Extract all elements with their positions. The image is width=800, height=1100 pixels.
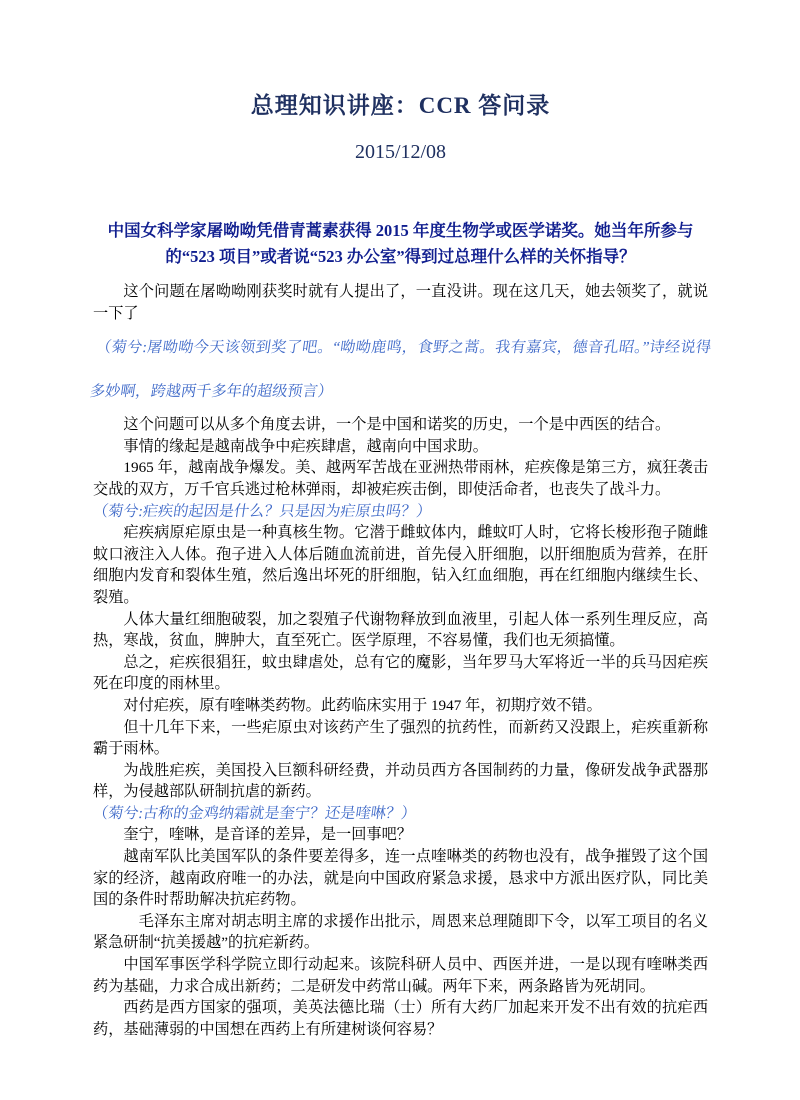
question-heading: 中国女科学家屠呦呦凭借青蒿素获得 2015 年度生物学或医学诺奖。她当年所参与的… (93, 218, 708, 270)
body-paragraph: 西药是西方国家的强项，美英法德比瑞（士）所有大药厂加起来开发不出有效的抗疟西药，… (93, 997, 708, 1040)
document-page: 总理知识讲座：CCR 答问录 2015/12/08 中国女科学家屠呦呦凭借青蒿素… (0, 0, 800, 1100)
body-paragraph: 总之，疟疾很猖狂，蚊虫肆虐处，总有它的魔影，当年罗马大军将近一半的兵马因疟疾死在… (93, 652, 708, 695)
body-paragraph: 这个问题可以从多个角度去讲，一个是中国和诺奖的历史，一个是中西医的结合。 (93, 414, 708, 436)
body-paragraph: 为战胜疟疾，美国投入巨额科研经费，并动员西方各国制药的力量，像研发战争武器那样，… (93, 760, 708, 803)
body-paragraph: 这个问题在屠呦呦刚获奖时就有人提出了，一直没讲。现在这几天，她去领奖了，就说一下… (93, 281, 708, 324)
reader-comment: （菊兮:屠呦呦今天该领到奖了吧。“呦呦鹿鸣，食野之蒿。我有嘉宾，德音孔昭。”诗经… (87, 326, 714, 414)
document-body: 这个问题在屠呦呦刚获奖时就有人提出了，一直没讲。现在这几天，她去领奖了，就说一下… (93, 281, 708, 1040)
document-date: 2015/12/08 (93, 142, 708, 162)
body-paragraph: 越南军队比美国军队的条件要差得多，连一点喹啉类的药物也没有，战争摧毁了这个国家的… (93, 846, 708, 911)
body-paragraph: 奎宁，喹啉，是音译的差异，是一回事吧？ (93, 824, 708, 846)
body-paragraph: 但十几年下来，一些疟原虫对该药产生了强烈的抗药性，而新药又没跟上，疟疾重新称霸于… (93, 717, 708, 760)
reader-comment: （菊兮:古称的金鸡纳霜就是奎宁？还是喹啉？） (91, 803, 709, 825)
body-paragraph: 疟疾病原疟原虫是一种真核生物。它潜于雌蚊体内，雌蚊叮人时，它将长梭形孢子随雌蚊口… (93, 522, 708, 608)
reader-comment: （菊兮:疟疾的起因是什么？只是因为疟原虫吗？） (91, 501, 709, 523)
body-paragraph: 对付疟疾，原有喹啉类药物。此药临床实用于 1947 年，初期疗效不错。 (93, 695, 708, 717)
body-paragraph: 中国军事医学科学院立即行动起来。该院科研人员中、西医并进，一是以现有喹啉类西药为… (93, 954, 708, 997)
document-title: 总理知识讲座：CCR 答问录 (93, 92, 708, 120)
body-paragraph: 事情的缘起是越南战争中疟疾肆虐，越南向中国求助。 (93, 436, 708, 458)
body-paragraph: 毛泽东主席对胡志明主席的求援作出批示，周恩来总理随即下令，以军工项目的名义紧急研… (93, 911, 708, 954)
body-paragraph: 人体大量红细胞破裂，加之裂殖子代谢物释放到血液里，引起人体一系列生理反应，高热，… (93, 609, 708, 652)
body-paragraph: 1965 年，越南战争爆发。美、越两军苦战在亚洲热带雨林，疟疾像是第三方，疯狂袭… (93, 457, 708, 500)
